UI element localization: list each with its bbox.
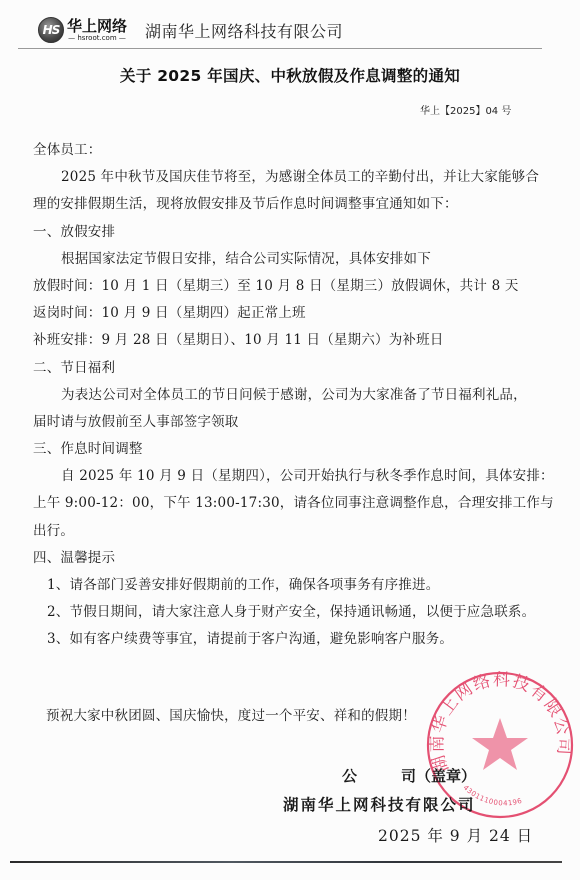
- signature-company: 湖南华上网科技有限公司: [283, 793, 476, 815]
- section-heading: 一、放假安排: [33, 219, 553, 246]
- svg-text:湖南华上网络科技有限公司: 湖南华上网络科技有限公司: [427, 670, 573, 775]
- header-divider: [18, 48, 542, 49]
- letterhead: HS 华上网络 — hsroot.com — 湖南华上网络科技有限公司: [38, 14, 343, 46]
- logo-wordmark: 华上网络 — hsroot.com —: [67, 19, 127, 42]
- reminder-item: 3、如有客户续费等事宜，请提前于客户沟通，避免影响客户服务。: [33, 626, 553, 653]
- logo-domain: — hsroot.com —: [68, 35, 126, 42]
- closing-wishes: 预祝大家中秋团圆、国庆愉快，度过一个平安、祥和的假期！: [46, 704, 416, 724]
- reminder-item: 2、节假日期间，请大家注意人身于财产安全，保持通讯畅通，以便于应急联系。: [33, 599, 553, 626]
- intro-line: 理的安排假期生活，现将放假安排及节后作息时间调整事宜通知如下：: [33, 191, 553, 218]
- document-title: 关于 2025 年国庆、中秋放假及作息调整的通知: [0, 64, 580, 86]
- intro-line: 2025 年中秋节及国庆佳节将至，为感谢全体员工的辛勤付出，并让大家能够合: [33, 164, 553, 191]
- notice-document: HS 华上网络 — hsroot.com — 湖南华上网络科技有限公司 关于 2…: [0, 0, 580, 880]
- signature-date: 2025 年 9 月 24 日: [378, 824, 533, 846]
- salutation: 全体员工：: [33, 137, 553, 164]
- logo-name: 华上网络: [67, 19, 127, 34]
- reminder-item: 1、请各部门妥善安排好假期前的工作，确保各项事务有序推进。: [33, 572, 553, 599]
- company-logo-icon: HS: [38, 17, 64, 43]
- section-line: 届时请与放假前至人事部签字领取: [33, 409, 553, 436]
- section-line: 为表达公司对全体员工的节日问候于感谢，公司为大家准备了节日福利礼品，: [33, 382, 553, 409]
- work-hours: 上午 9:00-12：00，下午 13:00-17:30，请各位同事注意调整作息…: [33, 490, 553, 517]
- document-number: 华上【2025】04 号: [420, 102, 511, 117]
- return-date: 返岗时间：10 月 9 日（星期四）起正常上班: [33, 300, 553, 327]
- letterhead-company-name: 湖南华上网络科技有限公司: [145, 19, 343, 42]
- makeup-workdays: 补班安排：9 月 28 日（星期日）、10 月 11 日（星期六）为补班日: [33, 327, 553, 354]
- holiday-period: 放假时间：10 月 1 日（星期三）至 10 月 8 日（星期三）放假调休，共计…: [33, 273, 553, 300]
- section-heading: 二、节日福利: [33, 355, 553, 382]
- section-line: 出行。: [33, 518, 553, 545]
- section-heading: 三、作息时间调整: [33, 436, 553, 463]
- document-body: 全体员工： 2025 年中秋节及国庆佳节将至，为感谢全体员工的辛勤付出，并让大家…: [33, 137, 553, 654]
- section-line: 自 2025 年 10 月 9 日（星期四），公司开始执行与秋冬季作息时间，具体…: [33, 463, 553, 490]
- section-line: 根据国家法定节假日安排，结合公司实际情况，具体安排如下: [33, 246, 553, 273]
- section-heading: 四、温馨提示: [33, 545, 553, 572]
- seal-label: 公司（盖章）: [342, 765, 476, 786]
- seal-text: 湖南华上网络科技有限公司: [427, 670, 573, 775]
- footer-divider: [10, 861, 562, 863]
